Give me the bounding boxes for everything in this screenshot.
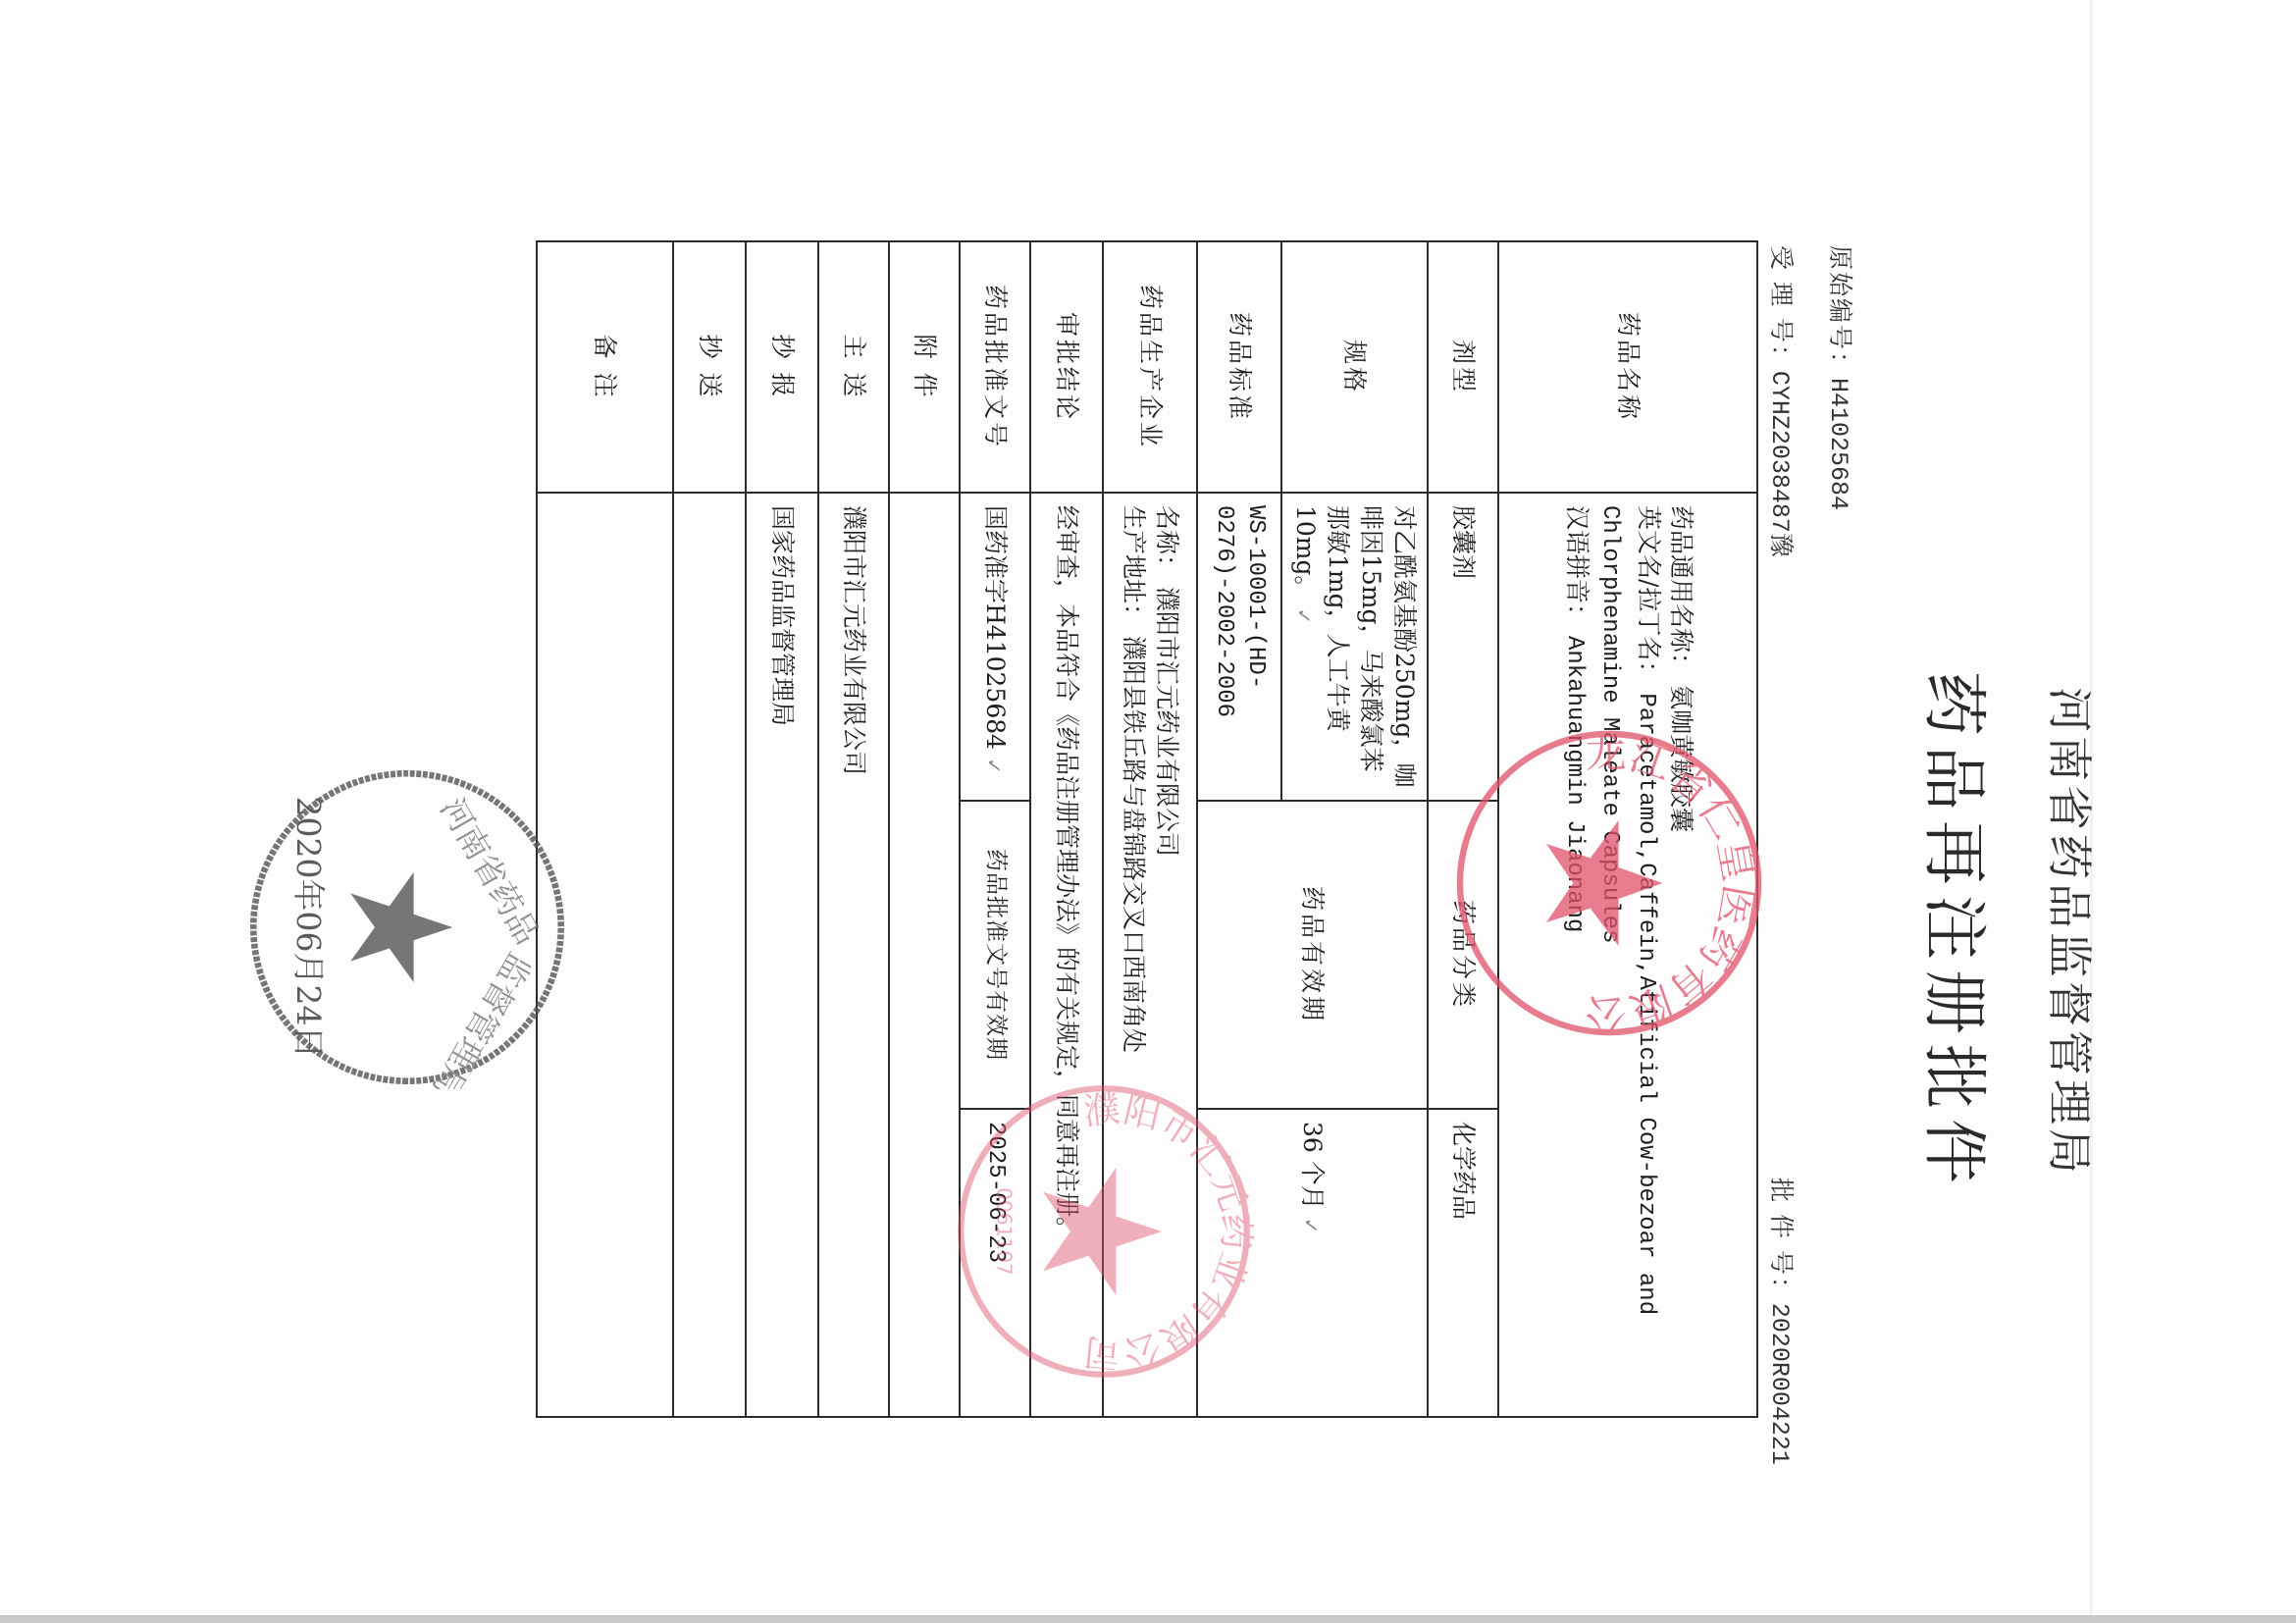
svg-text:监督管理局: 监督管理局 <box>425 946 539 1089</box>
check-mark-icon: ✓ <box>1299 1218 1323 1234</box>
document-title: 药品再注册批件 <box>1913 589 2007 1276</box>
standard-label: 药品标准 <box>1197 241 1281 493</box>
generic-name: 药品通用名称： 氨咖黄敏胶囊 <box>1665 505 1698 1404</box>
original-number: 原始编号：H41025684 <box>1824 245 1859 510</box>
approval-number-value-cell: 国药准字H41025684✓ <box>960 493 1030 801</box>
shelf-life-label: 药品有效期 <box>1197 801 1428 1109</box>
main-recipient-value: 濮阳市汇元药业有限公司 <box>818 493 889 1417</box>
registration-approval-document: 河南省药品监督管理局 药品再注册批件 原始编号：H41025684 受 理 号：… <box>0 0 2296 1623</box>
agency-stamp-date: 2020年06月24日 <box>289 797 328 1059</box>
row-attachment: 附 件 <box>889 241 960 1417</box>
generic-name-label: 药品通用名称： <box>1667 505 1696 677</box>
english-name-label: 英文名/拉丁名： <box>1635 505 1663 685</box>
agency-date-stamp: 河南省药品 监督管理局 2020年06月24日 <box>245 765 569 1089</box>
copy-to-value <box>673 493 746 1417</box>
manufacturer-address: 生产地址： 濮阳县铁丘路与盘锦路交叉口西南角处 <box>1117 505 1150 1404</box>
row-report-to: 抄 报 国家药品监督管理局 <box>746 241 818 1417</box>
standard-value: WS-10001-(HD-0276)-2002-2006 <box>1197 493 1281 801</box>
original-number-label: 原始编号： <box>1826 245 1854 378</box>
approval-number: 批 件 号：2020R004221 <box>1765 1178 1800 1465</box>
specification-text: 对乙酰氨基酚250mg，咖啡因15mg，马来酸氯苯那敏1mg，人工牛黄10mg。 <box>1291 505 1419 787</box>
svg-text:河南省药品: 河南省药品 <box>433 791 547 950</box>
approval-number-label: 批 件 号： <box>1767 1178 1796 1303</box>
remarks-label: 备 注 <box>537 241 673 493</box>
check-mark-icon: ✓ <box>982 758 1006 774</box>
original-number-value: H41025684 <box>1824 378 1852 510</box>
manufacturer-name-value: 濮阳市汇元药业有限公司 <box>1153 587 1181 857</box>
remarks-value <box>537 493 673 1417</box>
row-conclusion: 审批结论 经审查，本品符合《药品注册管理办法》的有关规定，同意再注册。 <box>1030 241 1103 1417</box>
conclusion-label: 审批结论 <box>1030 241 1103 493</box>
english-name: 英文名/拉丁名： Paracetamol,Caffein,Atificial C… <box>1593 505 1665 1404</box>
row-remarks: 备 注 <box>537 241 673 1417</box>
acceptance-number-label: 受 理 号： <box>1767 245 1796 371</box>
dosage-form-value: 胶囊剂 <box>1428 493 1498 801</box>
manufacturer-address-value: 濮阳县铁丘路与盘锦路交叉口西南角处 <box>1120 636 1148 1053</box>
attachment-value <box>889 493 960 1417</box>
report-to-label: 抄 报 <box>746 241 818 493</box>
acceptance-number-value: CYHZ2038487豫 <box>1765 371 1794 557</box>
row-manufacturer: 药品生产企业 名称： 濮阳市汇元药业有限公司 生产地址： 濮阳县铁丘路与盘锦路交… <box>1103 241 1197 1417</box>
row-dosage-form: 剂型 胶囊剂 药品分类 化学药品 <box>1428 241 1498 1417</box>
drug-name-label: 药品名称 <box>1498 241 1757 493</box>
row-copy-to: 抄 送 <box>673 241 746 1417</box>
row-approval-number: 药品批准文号 国药准字H41025684✓ 药品批准文号有效期 2025-06-… <box>960 241 1030 1417</box>
category-value: 化学药品 <box>1428 1109 1498 1417</box>
approval-form-table: 药品名称 药品通用名称： 氨咖黄敏胶囊 英文名/拉丁名： Paracetamol… <box>536 240 1758 1418</box>
agency-name: 河南省药品监督管理局 <box>2040 589 2105 1276</box>
acceptance-number: 受 理 号：CYHZ2038487豫 <box>1765 245 1800 557</box>
report-to-value: 国家药品监督管理局 <box>746 493 818 1417</box>
manufacturer-name-label: 名称： <box>1153 505 1181 579</box>
manufacturer-value: 名称： 濮阳市汇元药业有限公司 生产地址： 濮阳县铁丘路与盘锦路交叉口西南角处 <box>1103 493 1197 1417</box>
row-main-recipient: 主 送 濮阳市汇元药业有限公司 <box>818 241 889 1417</box>
shelf-life-text: 36 个月 <box>1298 1122 1327 1210</box>
approval-validity-label: 药品批准文号有效期 <box>960 801 1030 1109</box>
row-specification: 规格 对乙酰氨基酚250mg，咖啡因15mg，马来酸氯苯那敏1mg，人工牛黄10… <box>1281 241 1428 1417</box>
manufacturer-address-label: 生产地址： <box>1120 505 1148 628</box>
category-label: 药品分类 <box>1428 801 1498 1109</box>
dosage-form-label: 剂型 <box>1428 241 1498 493</box>
check-mark-icon: ✓ <box>1292 608 1316 625</box>
approval-number-text: 国药准字H41025684 <box>981 505 1010 750</box>
pinyin-name: 汉语拼音： Ankahuangmin Jiaonang <box>1558 505 1593 1404</box>
approval-validity-value: 2025-06-23 <box>960 1109 1030 1417</box>
pinyin-value: Ankahuangmin Jiaonang <box>1561 636 1588 932</box>
manufacturer-name: 名称： 濮阳市汇元药业有限公司 <box>1150 505 1183 1404</box>
main-recipient-label: 主 送 <box>818 241 889 493</box>
conclusion-value: 经审查，本品符合《药品注册管理办法》的有关规定，同意再注册。 <box>1030 493 1103 1417</box>
attachment-label: 附 件 <box>889 241 960 493</box>
drug-name-value: 药品通用名称： 氨咖黄敏胶囊 英文名/拉丁名： Paracetamol,Caff… <box>1498 493 1757 1417</box>
approval-number-value: 2020R004221 <box>1765 1303 1794 1465</box>
shelf-life-value: 36 个月✓ <box>1197 1109 1428 1417</box>
specification-value: 对乙酰氨基酚250mg，咖啡因15mg，马来酸氯苯那敏1mg，人工牛黄10mg。… <box>1281 493 1428 801</box>
copy-to-label: 抄 送 <box>673 241 746 493</box>
row-drug-name: 药品名称 药品通用名称： 氨咖黄敏胶囊 英文名/拉丁名： Paracetamol… <box>1498 241 1757 1417</box>
manufacturer-label: 药品生产企业 <box>1103 241 1197 493</box>
approval-number-label-cell: 药品批准文号 <box>960 241 1030 493</box>
pinyin-label: 汉语拼音： <box>1563 505 1592 628</box>
specification-label: 规格 <box>1281 241 1428 493</box>
generic-name-value: 氨咖黄敏胶囊 <box>1667 685 1696 832</box>
